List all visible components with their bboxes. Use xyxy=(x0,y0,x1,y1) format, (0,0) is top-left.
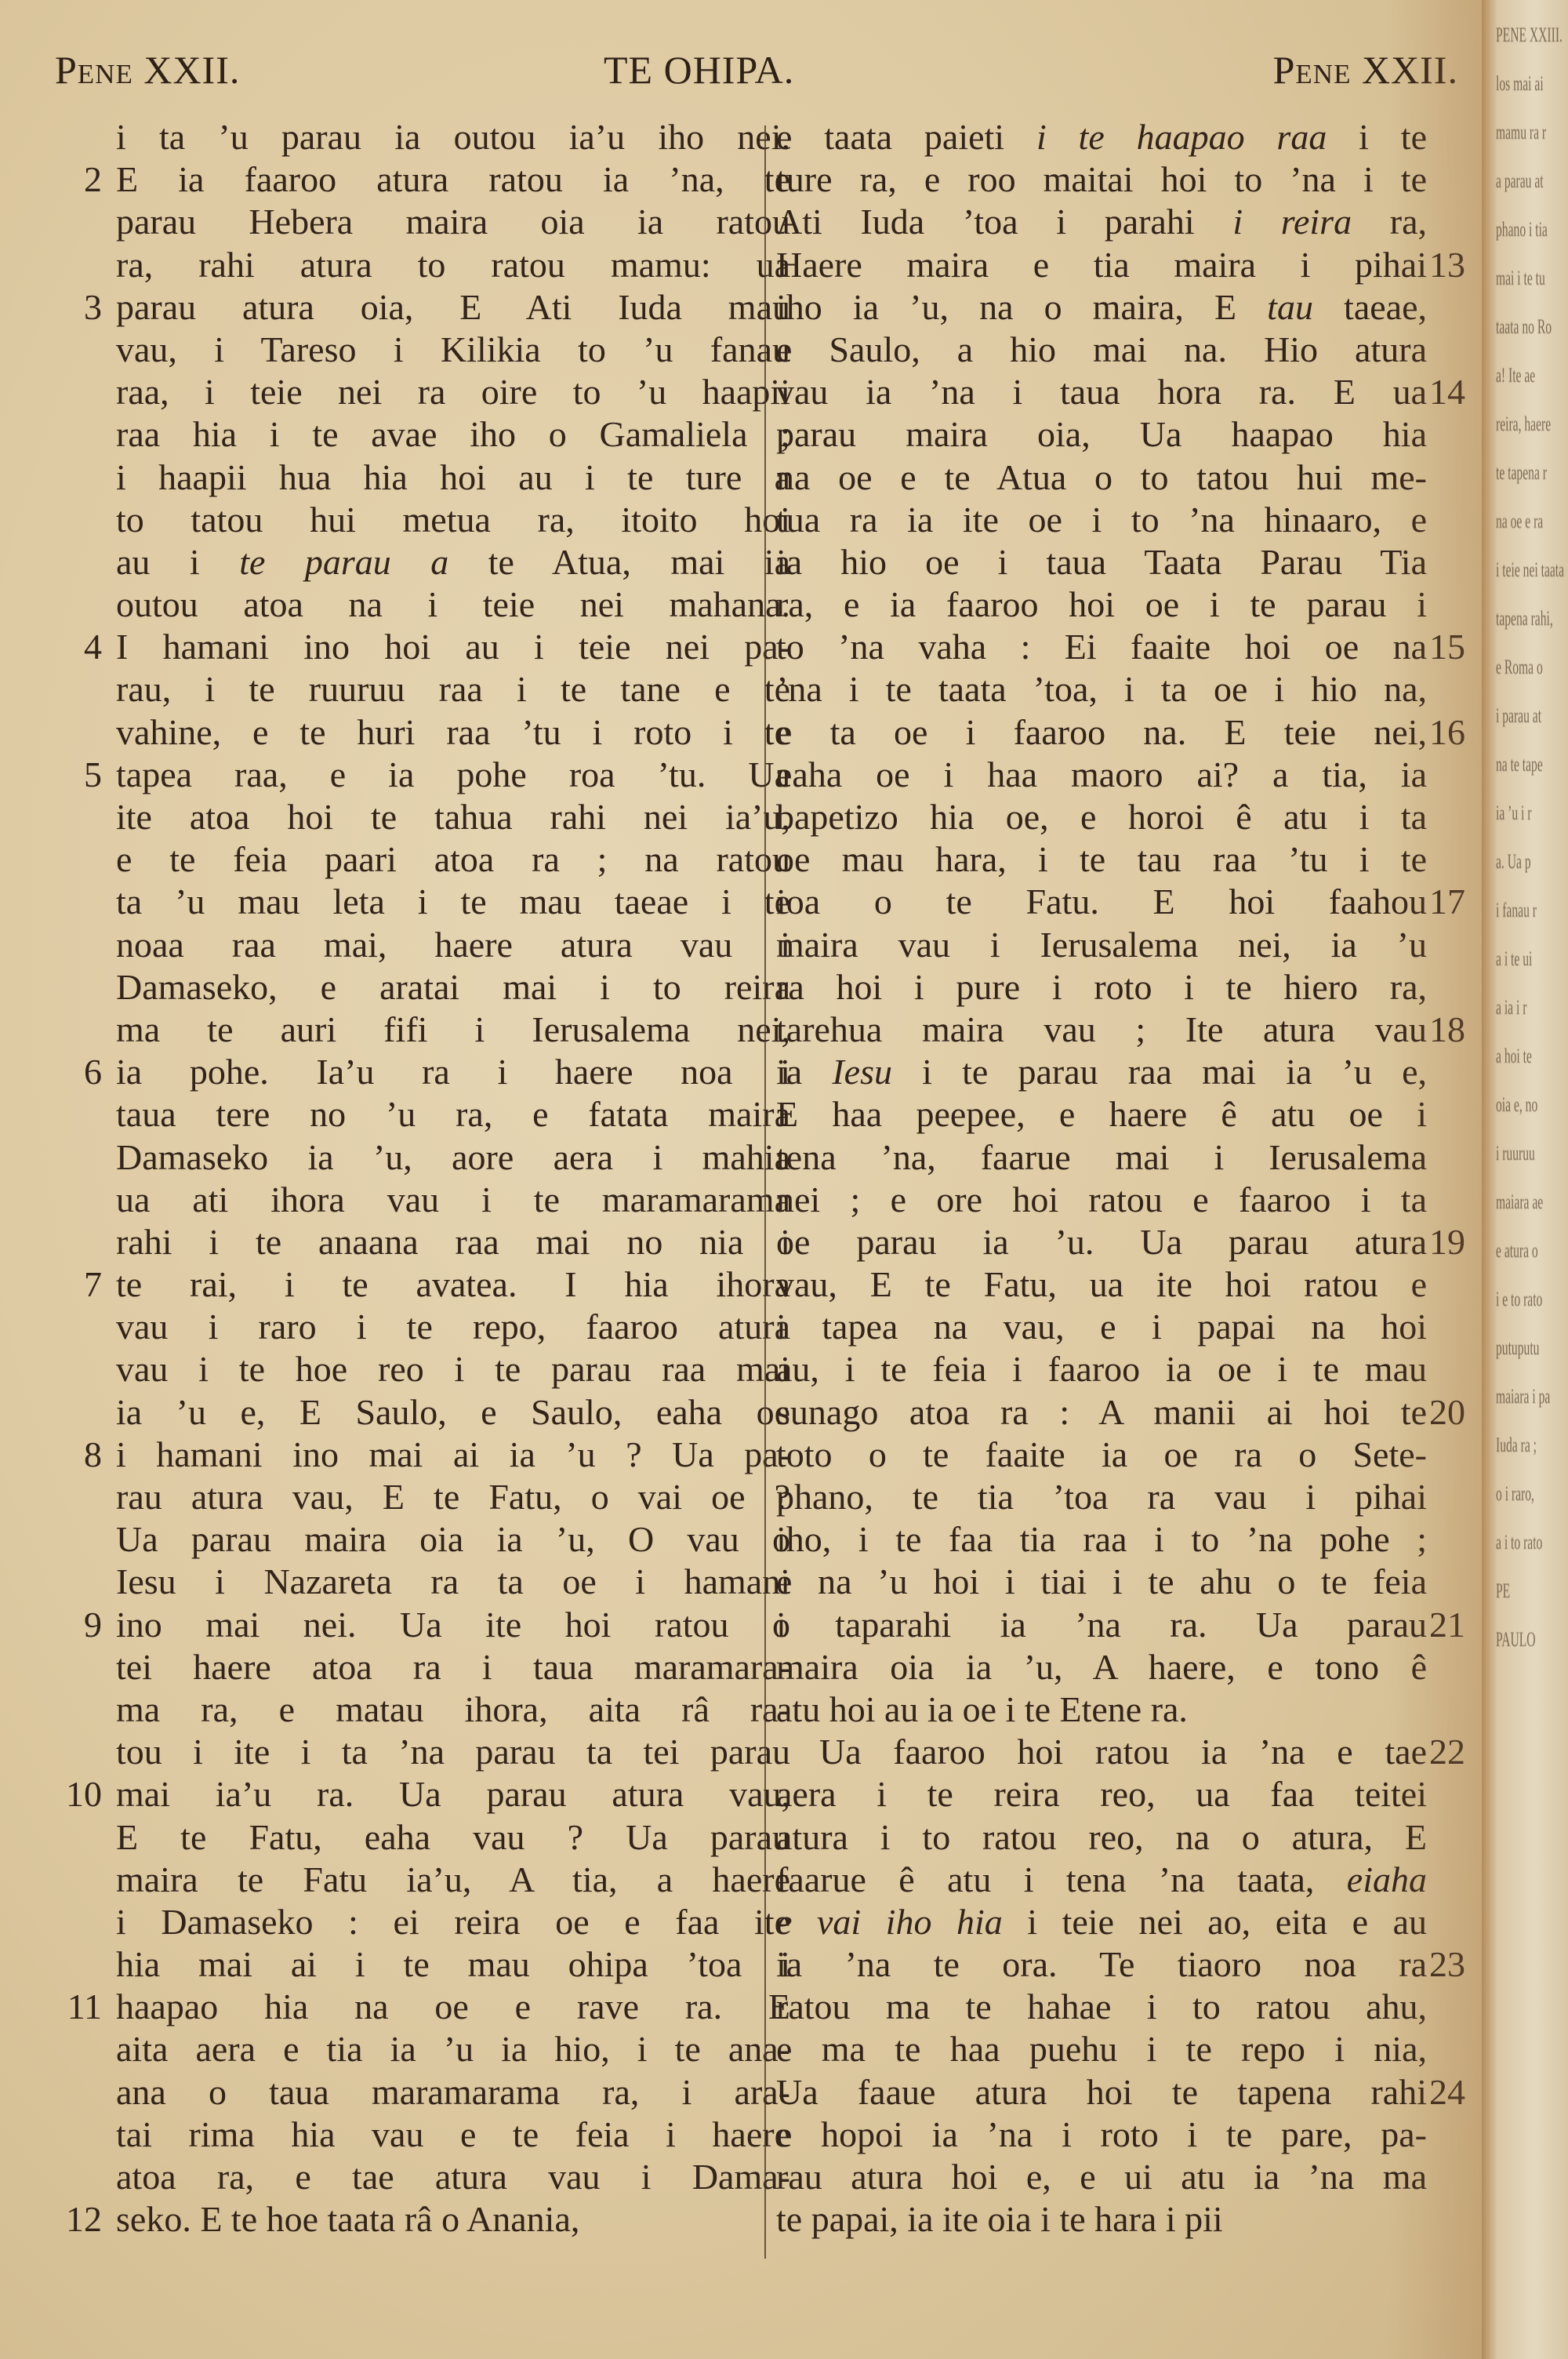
line-text: i hamani ino mai ai ia ’u ? Ua pa- xyxy=(116,1434,790,1476)
text-line: eaha oe i haa maoro ai? a tia, ia xyxy=(764,754,1474,796)
line-text: seko. E te hoe taata râ o Anania, xyxy=(116,2198,790,2241)
line-text: Damaseko, e aratai mai i to reira xyxy=(116,966,790,1009)
line-text: ratou ma te hahae i to ratou ahu, xyxy=(776,1986,1427,2028)
line-text: te rai, i te avatea. I hia ihora xyxy=(116,1263,790,1306)
verse-number: 9 xyxy=(47,1604,102,1646)
adjacent-page-fragment: PAULO xyxy=(1496,1628,1536,1652)
text-line: noaa raa mai, haere atura vau i xyxy=(47,924,753,966)
line-text: e taata paieti i te haapao raa i te xyxy=(776,116,1427,158)
line-text-italic: i reira xyxy=(1232,202,1352,242)
text-line: e te feia paari atoa ra ; na ratou xyxy=(47,838,753,881)
text-line: Iesu i Nazareta ra ta oe i hamani xyxy=(47,1561,753,1603)
line-text: i ta ’u parau ia outou ia’u iho nei. xyxy=(116,116,790,158)
line-text: bapetizo hia oe, e horoi ê atu i ta xyxy=(776,796,1427,838)
adjacent-page-fragment: los mai ai xyxy=(1496,72,1544,96)
line-text: i Damaseko : ei reira oe e faa ite xyxy=(116,1901,790,1943)
text-line: 19oe parau ia ’u. Ua parau atura xyxy=(764,1221,1474,1263)
line-text: ua ati ihora vau i te maramarama xyxy=(116,1179,790,1221)
line-text: ana o taua maramarama ra, i ara- xyxy=(116,2071,790,2114)
verse-number: 23 xyxy=(1429,1943,1484,1986)
adjacent-page-fragment: a i te ui xyxy=(1496,947,1532,971)
line-text: I hamani ino hoi au i teie nei pa- xyxy=(116,626,790,668)
line-text: tarehua maira vau ; Ite atura vau xyxy=(776,1009,1427,1051)
verse-number: 22 xyxy=(1429,1731,1484,1773)
text-line: tena ’na, faarue mai i Ierusalema xyxy=(764,1136,1474,1179)
verse-number: 12 xyxy=(47,2198,102,2241)
verse-number: 16 xyxy=(1429,711,1484,754)
text-line: phano, te tia ’toa ra vau i pihai xyxy=(764,1476,1474,1518)
text-line: ia ’u e, E Saulo, e Saulo, eaha oe xyxy=(47,1391,753,1434)
text-line: ua ati ihora vau i te maramarama xyxy=(47,1179,753,1221)
text-line: e hopoi ia ’na i roto i te pare, pa- xyxy=(764,2114,1474,2156)
text-line: 23ia ’na te ora. Te tiaoro noa ra xyxy=(764,1943,1474,1986)
line-text: ra, rahi atura to ratou mamu: ua xyxy=(116,244,790,286)
adjacent-page-fragment: phano i tia xyxy=(1496,218,1548,242)
verse-number: 13 xyxy=(1429,244,1484,286)
adjacent-page-fragment: oia e, no xyxy=(1496,1093,1537,1117)
text-line: tua ra ia ite oe i to ’na hinaaro, e xyxy=(764,499,1474,541)
text-line: 22Ua faaroo hoi ratou ia ’na e tae xyxy=(764,1731,1474,1773)
text-line: toto o te faaite ia oe ra o Sete- xyxy=(764,1434,1474,1476)
text-line: i tapea na vau, e i papai na hoi xyxy=(764,1306,1474,1348)
line-text: rau atura vau, E te Fatu, o vai oe ? xyxy=(116,1476,790,1518)
adjacent-page-fragment: putuputu xyxy=(1496,1336,1539,1360)
left-text-column: i ta ’u parau ia outou ia’u iho nei.2E i… xyxy=(47,116,753,2241)
text-line: 24Ua faaue atura hoi te tapena rahi xyxy=(764,2071,1474,2114)
text-line: vahine, e te huri raa ’tu i roto i te xyxy=(47,711,753,754)
line-text: nei ; e ore hoi ratou e faaroo i ta xyxy=(776,1179,1427,1221)
verse-number: 3 xyxy=(47,286,102,329)
line-text: te papai, ia ite oia i te hara i pii xyxy=(776,2198,1427,2241)
text-line: i Damaseko : ei reira oe e faa ite xyxy=(47,1901,753,1943)
line-text: to ’na vaha : Ei faaite hoi oe na xyxy=(776,626,1427,668)
verse-number: 21 xyxy=(1429,1604,1484,1646)
line-text: atu hoi au ia oe i te Etene ra. xyxy=(776,1688,1427,1731)
text-line: vau i te hoe reo i te parau raa mai xyxy=(47,1348,753,1390)
text-line: e na ’u hoi i tiai i te ahu o te feia xyxy=(764,1561,1474,1603)
line-text: Damaseko ia ’u, aore aera i mahia xyxy=(116,1136,790,1179)
verse-number: 14 xyxy=(1429,371,1484,413)
line-text: rau, i te ruuruu raa i te tane e te xyxy=(116,668,790,711)
line-text: vau, i Tareso i Kilikia to ’u fanau xyxy=(116,329,790,371)
verse-number: 19 xyxy=(1429,1221,1484,1263)
verse-number: 24 xyxy=(1429,2071,1484,2114)
text-line: vau, E te Fatu, ua ite hoi ratou e xyxy=(764,1263,1474,1306)
text-line: ra, e ia faaroo hoi oe i te parau i xyxy=(764,583,1474,626)
text-line: e ma te haa puehu i te repo i nia, xyxy=(764,2028,1474,2070)
adjacent-page-fragment: i teie nei taata xyxy=(1496,558,1564,582)
line-text-roman: ra, xyxy=(1352,202,1427,242)
line-text: atura i to ratou reo, na o atura, E xyxy=(776,1816,1427,1859)
line-text: i taparahi ia ’na ra. Ua parau xyxy=(776,1604,1427,1646)
adjacent-page-fragment: tapena rahi, xyxy=(1496,607,1553,631)
line-text: tai rima hia vau e te feia i haere xyxy=(116,2114,790,2156)
text-line: ra hoi i pure i roto i te hiero ra, xyxy=(764,966,1474,1009)
text-line: raa, i teie nei ra oire to ’u haapii xyxy=(47,371,753,413)
line-text-roman: ia xyxy=(776,1052,832,1092)
text-line: raa hia i te avae iho o Gamaliela ; xyxy=(47,413,753,456)
text-line: Damaseko ia ’u, aore aera i mahia xyxy=(47,1136,753,1179)
text-line: faarue ê atu i tena ’na taata, eiaha xyxy=(764,1859,1474,1901)
line-text: ’na i te taata ’toa, i ta oe i hio na, xyxy=(776,668,1427,711)
text-line: tou i ite i ta ’na parau ta tei parau xyxy=(47,1731,753,1773)
line-text: e vai iho hia i teie nei ao, eita e au xyxy=(776,1901,1427,1943)
line-text: aita aera e tia ia ’u ia hio, i te ana- xyxy=(116,2028,790,2070)
line-text: na oe e te Atua o to tatou hui me- xyxy=(776,456,1427,499)
line-text: E haa peepee, e haere ê atu oe i xyxy=(776,1093,1427,1136)
line-text: iho ia ’u, na o maira, E tau taeae, xyxy=(776,286,1427,329)
text-line: vau i raro i te repo, faaroo atura xyxy=(47,1306,753,1348)
text-line: 17ioa o te Fatu. E hoi faahou xyxy=(764,881,1474,923)
line-text: ra, e ia faaroo hoi oe i te parau i xyxy=(776,583,1427,626)
line-text: Ua parau maira oia ia ’u, O vau o xyxy=(116,1518,790,1561)
line-text: ma ra, e matau ihora, aita râ ra- xyxy=(116,1688,790,1731)
text-line: 5tapea raa, e ia pohe roa ’tu. Ua xyxy=(47,754,753,796)
text-line: atura i to ratou reo, na o atura, E xyxy=(764,1816,1474,1859)
text-line: ’na i te taata ’toa, i ta oe i hio na, xyxy=(764,668,1474,711)
text-line: E haa peepee, e haere ê atu oe i xyxy=(764,1093,1474,1136)
adjacent-page-fragment: maiara ae xyxy=(1496,1190,1543,1214)
line-text: parau Hebera maira oia ia ratou xyxy=(116,201,790,243)
text-line: parau maira oia, Ua haapao hia xyxy=(764,413,1474,456)
line-text: ia ’na te ora. Te tiaoro noa ra xyxy=(776,1943,1427,1986)
line-text-roman: e taata paieti xyxy=(776,117,1036,157)
line-text-roman: iho ia ’u, na o maira, E xyxy=(776,287,1267,327)
text-line: 6ia pohe. Ia’u ra i haere noa i xyxy=(47,1051,753,1093)
text-line: au, i te feia i faaroo ia oe i te mau xyxy=(764,1348,1474,1390)
line-text: maira vau i Ierusalema nei, ia ’u xyxy=(776,924,1427,966)
adjacent-page-fragment: a! Ite ae xyxy=(1496,364,1535,387)
text-line: nei ; e ore hoi ratou e faaroo i ta xyxy=(764,1179,1474,1221)
line-text: tou i ite i ta ’na parau ta tei parau xyxy=(116,1731,790,1773)
line-text: E ia faaroo atura ratou ia ’na, te xyxy=(116,158,790,201)
line-text: raa hia i te avae iho o Gamaliela ; xyxy=(116,413,790,456)
adjacent-page-fragment: i e to rato xyxy=(1496,1288,1542,1311)
header-book-title: TE OHIPA. xyxy=(604,47,794,93)
text-line: oe mau hara, i te tau raa ’tu i te xyxy=(764,838,1474,881)
line-text: Ua faaroo hoi ratou ia ’na e tae xyxy=(819,1731,1427,1773)
line-text: maira oia ia ’u, A haere, e tono ê xyxy=(776,1646,1427,1688)
line-text: tapea raa, e ia pohe roa ’tu. Ua xyxy=(116,754,790,796)
verse-number: 17 xyxy=(1429,881,1484,923)
text-line: i ta ’u parau ia outou ia’u iho nei. xyxy=(47,116,753,158)
header-chapter-right: Pene XXII. xyxy=(1273,47,1458,93)
text-line: ma te auri fifi i Ierusalema nei, xyxy=(47,1009,753,1051)
text-line: 21i taparahi ia ’na ra. Ua parau xyxy=(764,1604,1474,1646)
line-text: atoa ra, e tae atura vau i Dama- xyxy=(116,2156,790,2198)
line-text: sunago atoa ra : A manii ai hoi te xyxy=(776,1391,1427,1434)
line-text-italic: Iesu xyxy=(832,1052,892,1092)
line-text: Ati Iuda ’toa i parahi i reira ra, xyxy=(776,201,1427,243)
adjacent-page-fragment: a. Ua p xyxy=(1496,850,1531,874)
line-text: Ua faaue atura hoi te tapena rahi xyxy=(776,2071,1427,2114)
text-line: rau atura vau, E te Fatu, o vai oe ? xyxy=(47,1476,753,1518)
adjacent-page-fragment: mamu ra r xyxy=(1496,121,1546,144)
line-text: ma te auri fifi i Ierusalema nei, xyxy=(116,1009,790,1051)
text-line: 9ino mai nei. Ua ite hoi ratou o xyxy=(47,1604,753,1646)
text-line: i haapii hua hia hoi au i te ture a xyxy=(47,456,753,499)
adjacent-page-fragment: i fanau r xyxy=(1496,899,1537,922)
line-text: oe mau hara, i te tau raa ’tu i te xyxy=(776,838,1427,881)
line-text: iho, i te faa tia raa i to ’na pohe ; xyxy=(776,1518,1427,1561)
line-text: e hopoi ia ’na i roto i te pare, pa- xyxy=(776,2114,1427,2156)
line-text: tua ra ia ite oe i to ’na hinaaro, e xyxy=(776,499,1427,541)
line-text-roman: i te parau raa mai ia ’u e, xyxy=(892,1052,1427,1092)
verse-number: 11 xyxy=(47,1986,102,2028)
line-text-roman: taeae, xyxy=(1313,287,1427,327)
text-line: tai rima hia vau e te feia i haere xyxy=(47,2114,753,2156)
text-line: 7te rai, i te avatea. I hia ihora xyxy=(47,1263,753,1306)
line-text: rahi i te anaana raa mai no nia i xyxy=(116,1221,790,1263)
running-header: Pene XXII. TE OHIPA. Pene XXII. xyxy=(55,47,1458,102)
text-line: e taata paieti i te haapao raa i te xyxy=(764,116,1474,158)
line-text: e Saulo, a hio mai na. Hio atura xyxy=(776,329,1427,371)
text-line: ana o taua maramarama ra, i ara- xyxy=(47,2071,753,2114)
adjacent-page-fragment: mai i te tu xyxy=(1496,267,1545,290)
line-text: noaa raa mai, haere atura vau i xyxy=(116,924,790,966)
adjacent-page-fragment: na oe e ra xyxy=(1496,510,1543,533)
line-text: E te Fatu, eaha vau ? Ua parau xyxy=(116,1816,790,1859)
line-text: ino mai nei. Ua ite hoi ratou o xyxy=(116,1604,790,1646)
line-text-roman: faarue ê atu i tena ’na taata, xyxy=(776,1859,1347,1899)
text-line: 20sunago atoa ra : A manii ai hoi te xyxy=(764,1391,1474,1434)
adjacent-page-fragment: te tapena r xyxy=(1496,461,1547,485)
line-text: i tapea na vau, e i papai na hoi xyxy=(776,1306,1427,1348)
text-line: na oe e te Atua o to tatou hui me- xyxy=(764,456,1474,499)
adjacent-page-fragment: i ruuruu xyxy=(1496,1142,1535,1165)
adjacent-page-fragment: reira, haere xyxy=(1496,413,1551,436)
text-line: ia Iesu i te parau raa mai ia ’u e, xyxy=(764,1051,1474,1093)
adjacent-page-fragment: taata no Ro xyxy=(1496,315,1552,339)
text-line: aita aera e tia ia ’u ia hio, i te ana- xyxy=(47,2028,753,2070)
text-line: e Saulo, a hio mai na. Hio atura xyxy=(764,329,1474,371)
line-text-italic: i te haapao raa xyxy=(1036,117,1327,157)
line-text-roman: au i xyxy=(116,542,239,582)
line-text-italic: e vai iho hia xyxy=(776,1902,1003,1942)
line-text: vau i raro i te repo, faaroo atura xyxy=(116,1306,790,1348)
line-text: oe parau ia ’u. Ua parau atura xyxy=(776,1221,1427,1263)
line-text: parau maira oia, Ua haapao hia xyxy=(776,413,1427,456)
text-line: atu hoi au ia oe i te Etene ra. xyxy=(764,1688,1474,1731)
text-line: maira te Fatu ia’u, A tia, a haere xyxy=(47,1859,753,1901)
line-text: i haapii hua hia hoi au i te ture a xyxy=(116,456,790,499)
line-text: to tatou hui metua ra, itoito hoi xyxy=(116,499,790,541)
text-line: parau Hebera maira oia ia ratou xyxy=(47,201,753,243)
line-text: tei haere atoa ra i taua maramara- xyxy=(116,1646,790,1688)
adjacent-page-fragment: a ia i r xyxy=(1496,996,1526,1020)
adjacent-page-fragment: PENE XXIII. xyxy=(1496,24,1563,47)
adjacent-page-fragment: e atura o xyxy=(1496,1239,1538,1263)
text-line: Ati Iuda ’toa i parahi i reira ra, xyxy=(764,201,1474,243)
line-text: ite atoa hoi te tahua rahi nei ia’u, xyxy=(116,796,790,838)
text-line: Damaseko, e aratai mai i to reira xyxy=(47,966,753,1009)
text-line: 12seko. E te hoe taata râ o Anania, xyxy=(47,2198,753,2241)
adjacent-page-fragment: e Roma o xyxy=(1496,656,1543,679)
text-line: Ua parau maira oia ia ’u, O vau o xyxy=(47,1518,753,1561)
line-text-roman: i teie nei ao, eita e au xyxy=(1003,1902,1427,1942)
text-line: atoa ra, e tae atura vau i Dama- xyxy=(47,2156,753,2198)
line-text-roman: Ati Iuda ’toa i parahi xyxy=(776,202,1232,242)
text-line: hia mai ai i te mau ohipa ’toa i xyxy=(47,1943,753,1986)
adjacent-page-fragment: na te tape xyxy=(1496,753,1543,776)
book-page: Pene XXII. TE OHIPA. Pene XXII. i ta ’u … xyxy=(0,0,1482,2359)
text-line: 10mai ia’u ra. Ua parau atura vau, xyxy=(47,1773,753,1816)
text-line: e vai iho hia i teie nei ao, eita e au xyxy=(764,1901,1474,1943)
line-text: vahine, e te huri raa ’tu i roto i te xyxy=(116,711,790,754)
header-chapter-left: Pene XXII. xyxy=(55,47,240,93)
line-text-roman: te Atua, mai ia xyxy=(448,542,790,582)
text-line: 2E ia faaroo atura ratou ia ’na, te xyxy=(47,158,753,201)
text-line: taua tere no ’u ra, e fatata maira xyxy=(47,1093,753,1136)
adjacent-page-fragment: PE xyxy=(1496,1579,1510,1603)
line-text: phano, te tia ’toa ra vau i pihai xyxy=(776,1476,1427,1518)
text-line: E te Fatu, eaha vau ? Ua parau xyxy=(47,1816,753,1859)
line-text: vau i te hoe reo i te parau raa mai xyxy=(116,1348,790,1390)
text-line: rau, i te ruuruu raa i te tane e te xyxy=(47,668,753,711)
line-text: ia ’u e, E Saulo, e Saulo, eaha oe xyxy=(116,1391,790,1434)
text-line: rau atura hoi e, e ui atu ia ’na ma xyxy=(764,2156,1474,2198)
text-line: iho, i te faa tia raa i to ’na pohe ; xyxy=(764,1518,1474,1561)
line-text: parau atura oia, E Ati Iuda mau xyxy=(116,286,790,329)
text-line: iho ia ’u, na o maira, E tau taeae, xyxy=(764,286,1474,329)
line-text: e na ’u hoi i tiai i te ahu o te feia xyxy=(776,1561,1427,1603)
line-text: au, i te feia i faaroo ia oe i te mau xyxy=(776,1348,1427,1390)
text-line: aera i te reira reo, ua faa teitei xyxy=(764,1773,1474,1816)
line-text: ia hio oe i taua Taata Parau Tia xyxy=(776,541,1427,583)
adjacent-page-fragment: Iuda ra ; xyxy=(1496,1434,1537,1457)
adjacent-page-fragment: a parau at xyxy=(1496,169,1544,193)
text-line: te papai, ia ite oia i te hara i pii xyxy=(764,2198,1474,2241)
line-text: raa, i teie nei ra oire to ’u haapii xyxy=(116,371,790,413)
text-line: maira vau i Ierusalema nei, ia ’u xyxy=(764,924,1474,966)
verse-number: 20 xyxy=(1429,1391,1484,1434)
line-text: outou atoa na i teie nei mahana. xyxy=(116,583,790,626)
line-text-italic: eiaha xyxy=(1347,1859,1427,1899)
line-text: e ma te haa puehu i te repo i nia, xyxy=(776,2028,1427,2070)
line-text: vau ia ’na i taua hora ra. E ua xyxy=(776,371,1427,413)
line-text: taua tere no ’u ra, e fatata maira xyxy=(116,1093,790,1136)
text-line: ratou ma te hahae i to ratou ahu, xyxy=(764,1986,1474,2028)
adjacent-page-fragment: maiara i pa xyxy=(1496,1385,1550,1408)
line-text: e ta oe i faaroo na. E teie nei, xyxy=(776,711,1427,754)
text-line: 16e ta oe i faaroo na. E teie nei, xyxy=(764,711,1474,754)
line-text: ta ’u mau leta i te mau taeae i te xyxy=(116,881,790,923)
line-text: rau atura hoi e, e ui atu ia ’na ma xyxy=(776,2156,1427,2198)
verse-number: 6 xyxy=(47,1051,102,1093)
verse-number: 4 xyxy=(47,626,102,668)
text-line: ra, rahi atura to ratou mamu: ua xyxy=(47,244,753,286)
line-text-italic: te parau a xyxy=(239,542,448,582)
text-line: 15to ’na vaha : Ei faaite hoi oe na xyxy=(764,626,1474,668)
line-text: ia pohe. Ia’u ra i haere noa i xyxy=(116,1051,790,1093)
verse-number: 8 xyxy=(47,1434,102,1476)
line-text: Haere maira e tia maira i pihai xyxy=(776,244,1427,286)
text-line: 11haapao hia na oe e rave ra. E xyxy=(47,1986,753,2028)
adjacent-page-fragment: ia ’u i r xyxy=(1496,801,1531,825)
line-text: ture ra, e roo maitai hoi to ’na i te xyxy=(776,158,1427,201)
line-text: ia Iesu i te parau raa mai ia ’u e, xyxy=(776,1051,1427,1093)
adjacent-page-fragment: a i to rato xyxy=(1496,1531,1542,1554)
line-text-italic: tau xyxy=(1267,287,1313,327)
text-line: 4I hamani ino hoi au i teie nei pa- xyxy=(47,626,753,668)
text-line: ture ra, e roo maitai hoi to ’na i te xyxy=(764,158,1474,201)
adjacent-page-edge: PENE XXIII.los mai aimamu ra ra parau at… xyxy=(1482,0,1568,2359)
text-line: ta ’u mau leta i te mau taeae i te xyxy=(47,881,753,923)
line-text: tena ’na, faarue mai i Ierusalema xyxy=(776,1136,1427,1179)
line-text: ioa o te Fatu. E hoi faahou xyxy=(776,881,1427,923)
text-line: rahi i te anaana raa mai no nia i xyxy=(47,1221,753,1263)
line-text: e te feia paari atoa ra ; na ratou xyxy=(116,838,790,881)
text-line: to tatou hui metua ra, itoito hoi xyxy=(47,499,753,541)
text-line: ite atoa hoi te tahua rahi nei ia’u, xyxy=(47,796,753,838)
verse-number: 5 xyxy=(47,754,102,796)
line-text: maira te Fatu ia’u, A tia, a haere xyxy=(116,1859,790,1901)
line-text: mai ia’u ra. Ua parau atura vau, xyxy=(116,1773,790,1816)
text-line: 3parau atura oia, E Ati Iuda mau xyxy=(47,286,753,329)
line-text: aera i te reira reo, ua faa teitei xyxy=(776,1773,1427,1816)
text-line: au i te parau a te Atua, mai ia xyxy=(47,541,753,583)
adjacent-page-fragment: i parau at xyxy=(1496,704,1541,728)
adjacent-page-fragment: a hoi te xyxy=(1496,1045,1532,1068)
text-line: outou atoa na i teie nei mahana. xyxy=(47,583,753,626)
line-text: Iesu i Nazareta ra ta oe i hamani xyxy=(116,1561,790,1603)
text-line: 14vau ia ’na i taua hora ra. E ua xyxy=(764,371,1474,413)
text-line: maira oia ia ’u, A haere, e tono ê xyxy=(764,1646,1474,1688)
text-line: tei haere atoa ra i taua maramara- xyxy=(47,1646,753,1688)
line-text: au i te parau a te Atua, mai ia xyxy=(116,541,790,583)
text-line: bapetizo hia oe, e horoi ê atu i ta xyxy=(764,796,1474,838)
text-line: 13Haere maira e tia maira i pihai xyxy=(764,244,1474,286)
line-text: ra hoi i pure i roto i te hiero ra, xyxy=(776,966,1427,1009)
line-text: haapao hia na oe e rave ra. E xyxy=(116,1986,790,2028)
line-text-roman: i te xyxy=(1327,117,1427,157)
line-text: eaha oe i haa maoro ai? a tia, ia xyxy=(776,754,1427,796)
text-line: 8i hamani ino mai ai ia ’u ? Ua pa- xyxy=(47,1434,753,1476)
text-line: ma ra, e matau ihora, aita râ ra- xyxy=(47,1688,753,1731)
text-line: 18tarehua maira vau ; Ite atura vau xyxy=(764,1009,1474,1051)
right-text-column: e taata paieti i te haapao raa i teture … xyxy=(764,116,1474,2241)
text-line: vau, i Tareso i Kilikia to ’u fanau xyxy=(47,329,753,371)
text-line: ia hio oe i taua Taata Parau Tia xyxy=(764,541,1474,583)
line-text: vau, E te Fatu, ua ite hoi ratou e xyxy=(776,1263,1427,1306)
verse-number: 15 xyxy=(1429,626,1484,668)
line-text: faarue ê atu i tena ’na taata, eiaha xyxy=(776,1859,1427,1901)
line-text: toto o te faaite ia oe ra o Sete- xyxy=(776,1434,1427,1476)
verse-number: 10 xyxy=(47,1773,102,1816)
verse-number: 2 xyxy=(47,158,102,201)
verse-number: 7 xyxy=(47,1263,102,1306)
line-text: hia mai ai i te mau ohipa ’toa i xyxy=(116,1943,790,1986)
adjacent-page-fragment: o i raro, xyxy=(1496,1482,1534,1506)
verse-number: 18 xyxy=(1429,1009,1484,1051)
